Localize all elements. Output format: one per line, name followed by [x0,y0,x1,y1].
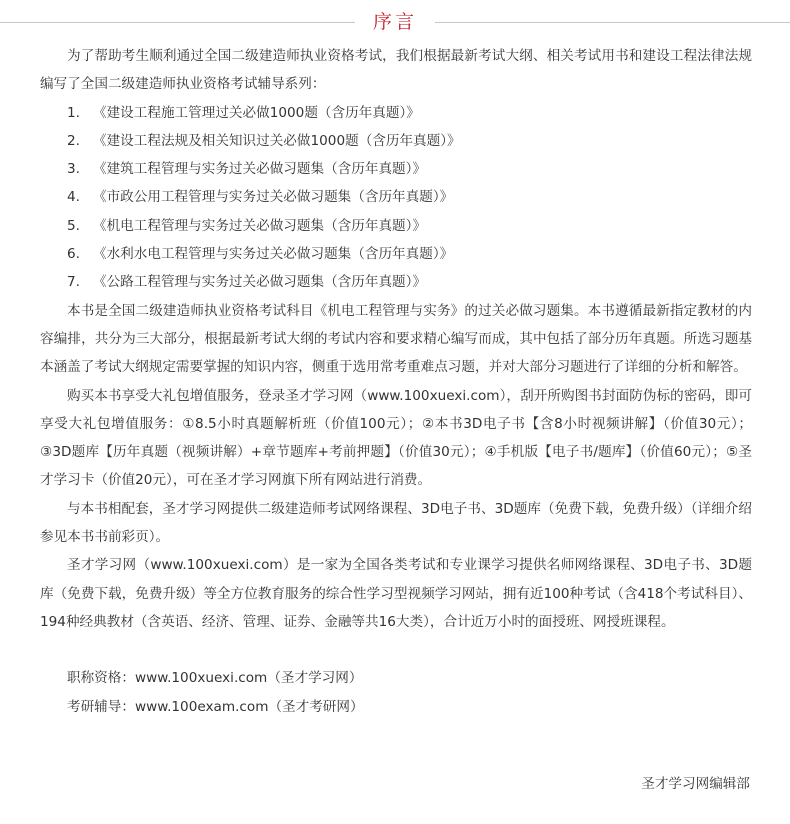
list-item-title: 《公路工程管理与实务过关必做习题集（含历年真题）》 [93,274,426,290]
contact-label: 考研辅导： [67,699,135,715]
section-spacer [40,636,752,664]
contact-line-postgrad: 考研辅导：www.100exam.com（圣才考研网） [40,693,752,721]
about-book-paragraph: 本书是全国二级建造师执业资格考试科目《机电工程管理与实务》的过关必做习题集。本书… [40,297,752,382]
preface-body: 为了帮助考生顺利通过全国二级建造师执业资格考试，我们根据最新考试大纲、相关考试用… [40,42,752,721]
list-item-title: 《建设工程法规及相关知识过关必做1000题（含历年真题）》 [93,133,461,149]
page-title: 序言 [355,8,435,36]
list-item-title: 《水利水电工程管理与实务过关必做习题集（含历年真题）》 [93,246,453,262]
preface-heading: 序言 [0,8,790,36]
list-item: 4.《市政公用工程管理与实务过关必做习题集（含历年真题）》 [40,183,752,211]
heading-divider-left [0,22,355,23]
list-item-number: 1. [67,99,93,127]
list-item-title: 《机电工程管理与实务过关必做习题集（含历年真题）》 [93,218,426,234]
contact-url-link[interactable]: www.100xuexi.com [135,670,267,686]
contact-site-name: （圣才考研网） [268,699,363,715]
list-item: 3.《建筑工程管理与实务过关必做习题集（含历年真题）》 [40,155,752,183]
contact-site-name: （圣才学习网） [267,670,362,686]
heading-divider-right [435,22,790,23]
contact-line-qualification: 职称资格：www.100xuexi.com（圣才学习网） [40,664,752,692]
list-item-number: 3. [67,155,93,183]
list-item-number: 6. [67,240,93,268]
list-item: 5.《机电工程管理与实务过关必做习题集（含历年真题）》 [40,212,752,240]
companion-paragraph: 与本书相配套，圣才学习网提供二级建造师考试网络课程、3D电子书、3D题库（免费下… [40,495,752,552]
list-item: 2.《建设工程法规及相关知识过关必做1000题（含历年真题）》 [40,127,752,155]
list-item-title: 《建设工程施工管理过关必做1000题（含历年真题）》 [93,105,420,121]
intro-paragraph: 为了帮助考生顺利通过全国二级建造师执业资格考试，我们根据最新考试大纲、相关考试用… [40,42,752,99]
list-item-number: 7. [67,268,93,296]
editorial-signature: 圣才学习网编辑部 [641,770,750,798]
contact-url-link[interactable]: www.100exam.com [135,699,268,715]
list-item: 1.《建设工程施工管理过关必做1000题（含历年真题）》 [40,99,752,127]
list-item-title: 《建筑工程管理与实务过关必做习题集（含历年真题）》 [93,161,426,177]
book-series-list: 1.《建设工程施工管理过关必做1000题（含历年真题）》 2.《建设工程法规及相… [40,99,752,297]
list-item: 7.《公路工程管理与实务过关必做习题集（含历年真题）》 [40,268,752,296]
list-item-title: 《市政公用工程管理与实务过关必做习题集（含历年真题）》 [93,189,453,205]
list-item-number: 5. [67,212,93,240]
list-item: 6.《水利水电工程管理与实务过关必做习题集（含历年真题）》 [40,240,752,268]
gift-package-paragraph: 购买本书享受大礼包增值服务，登录圣才学习网（www.100xuexi.com），… [40,382,752,495]
list-item-number: 4. [67,183,93,211]
list-item-number: 2. [67,127,93,155]
contact-label: 职称资格： [67,670,135,686]
about-site-paragraph: 圣才学习网（www.100xuexi.com）是一家为全国各类考试和专业课学习提… [40,551,752,636]
